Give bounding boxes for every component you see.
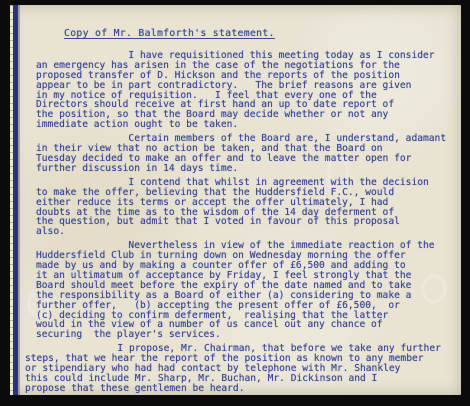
statement-body: Copy of Mr. Balmforth's statement. I hav… bbox=[36, 29, 453, 394]
statement-paragraph: I propose, Mr. Chairman, that before we … bbox=[25, 344, 453, 394]
statement-paragraph: I have requisitioned this meeting today … bbox=[36, 51, 453, 130]
binding-shadow bbox=[18, 5, 20, 395]
statement-paragraph: I contend that whilst in agreement with … bbox=[36, 178, 453, 237]
photo-background: Copy of Mr. Balmforth's statement. I hav… bbox=[0, 0, 470, 406]
statement-paragraph: Nevertheless in view of the immediate re… bbox=[36, 241, 453, 340]
statement-title: Copy of Mr. Balmforth's statement. bbox=[64, 29, 453, 39]
document-page: Copy of Mr. Balmforth's statement. I hav… bbox=[10, 5, 461, 395]
statement-paragraph: Certain members of the Board are, I unde… bbox=[36, 134, 453, 174]
